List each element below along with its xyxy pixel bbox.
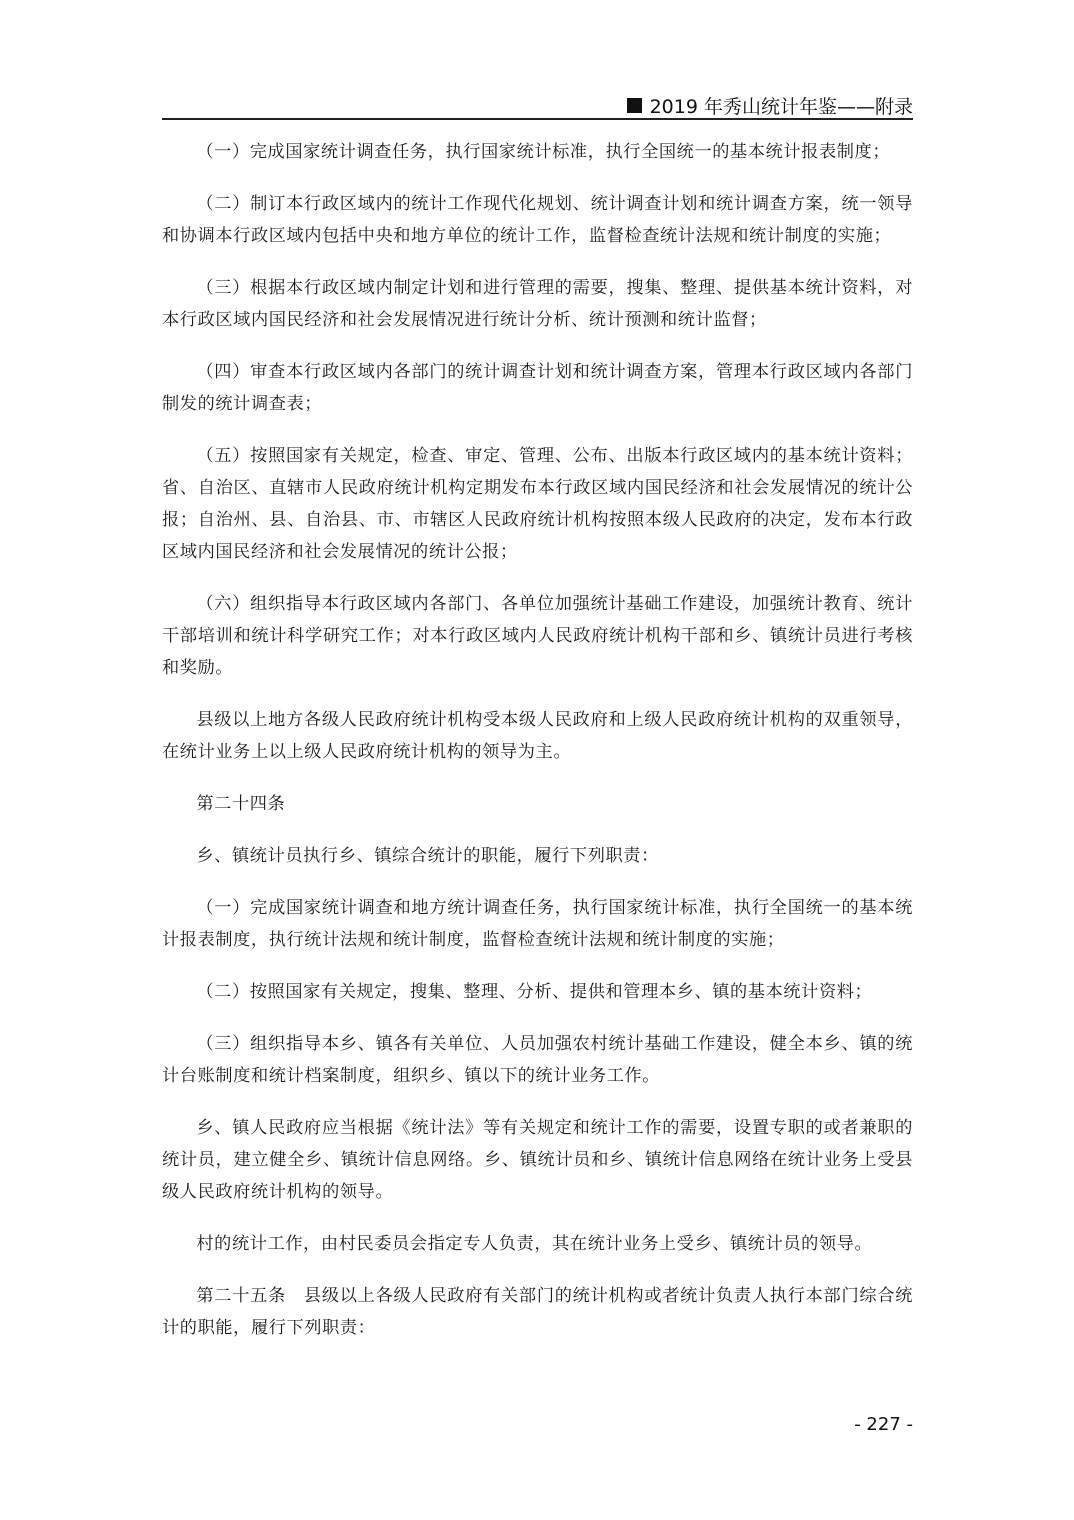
paragraph-item-5: （五）按照国家有关规定，检查、审定、管理、公布、出版本行政区域内的基本统计资料；… bbox=[162, 440, 913, 568]
page-number: - 227 - bbox=[854, 1414, 913, 1435]
paragraph-township-duties-intro: 乡、镇统计员执行乡、镇综合统计的职能，履行下列职责： bbox=[162, 840, 913, 872]
paragraph-township-staffing: 乡、镇人民政府应当根据《统计法》等有关规定和统计工作的需要，设置专职的或者兼职的… bbox=[162, 1112, 913, 1208]
paragraph-dual-leadership: 县级以上地方各级人民政府统计机构受本级人民政府和上级人民政府统计机构的双重领导，… bbox=[162, 704, 913, 768]
paragraph-item-2: （二）制订本行政区域内的统计工作现代化规划、统计调查计划和统计调查方案，统一领导… bbox=[162, 188, 913, 252]
paragraph-item-6: （六）组织指导本行政区域内各部门、各单位加强统计基础工作建设，加强统计教育、统计… bbox=[162, 588, 913, 684]
article-heading-24: 第二十四条 bbox=[162, 788, 913, 820]
paragraph-township-item-1: （一）完成国家统计调查和地方统计调查任务，执行国家统计标准，执行全国统一的基本统… bbox=[162, 892, 913, 956]
paragraph-village-statistics: 村的统计工作，由村民委员会指定专人负责，其在统计业务上受乡、镇统计员的领导。 bbox=[162, 1228, 913, 1260]
square-bullet-icon bbox=[627, 98, 642, 113]
running-header: 2019 年秀山统计年鉴——附录 bbox=[627, 92, 913, 119]
article-25-paragraph: 第二十五条 县级以上各级人民政府有关部门的统计机构或者统计负责人执行本部门综合统… bbox=[162, 1280, 913, 1344]
header-title: 2019 年秀山统计年鉴——附录 bbox=[650, 92, 913, 119]
paragraph-township-item-3: （三）组织指导本乡、镇各有关单位、人员加强农村统计基础工作建设，健全本乡、镇的统… bbox=[162, 1028, 913, 1092]
paragraph-township-item-2: （二）按照国家有关规定，搜集、整理、分析、提供和管理本乡、镇的基本统计资料； bbox=[162, 976, 913, 1008]
paragraph-item-1: （一）完成国家统计调查任务，执行国家统计标准，执行全国统一的基本统计报表制度； bbox=[162, 136, 913, 168]
document-body: （一）完成国家统计调查任务，执行国家统计标准，执行全国统一的基本统计报表制度； … bbox=[162, 136, 913, 1364]
page-header: 2019 年秀山统计年鉴——附录 bbox=[162, 90, 913, 120]
paragraph-item-4: （四）审查本行政区域内各部门的统计调查计划和统计调查方案，管理本行政区域内各部门… bbox=[162, 356, 913, 420]
paragraph-item-3: （三）根据本行政区域内制定计划和进行管理的需要，搜集、整理、提供基本统计资料，对… bbox=[162, 272, 913, 336]
